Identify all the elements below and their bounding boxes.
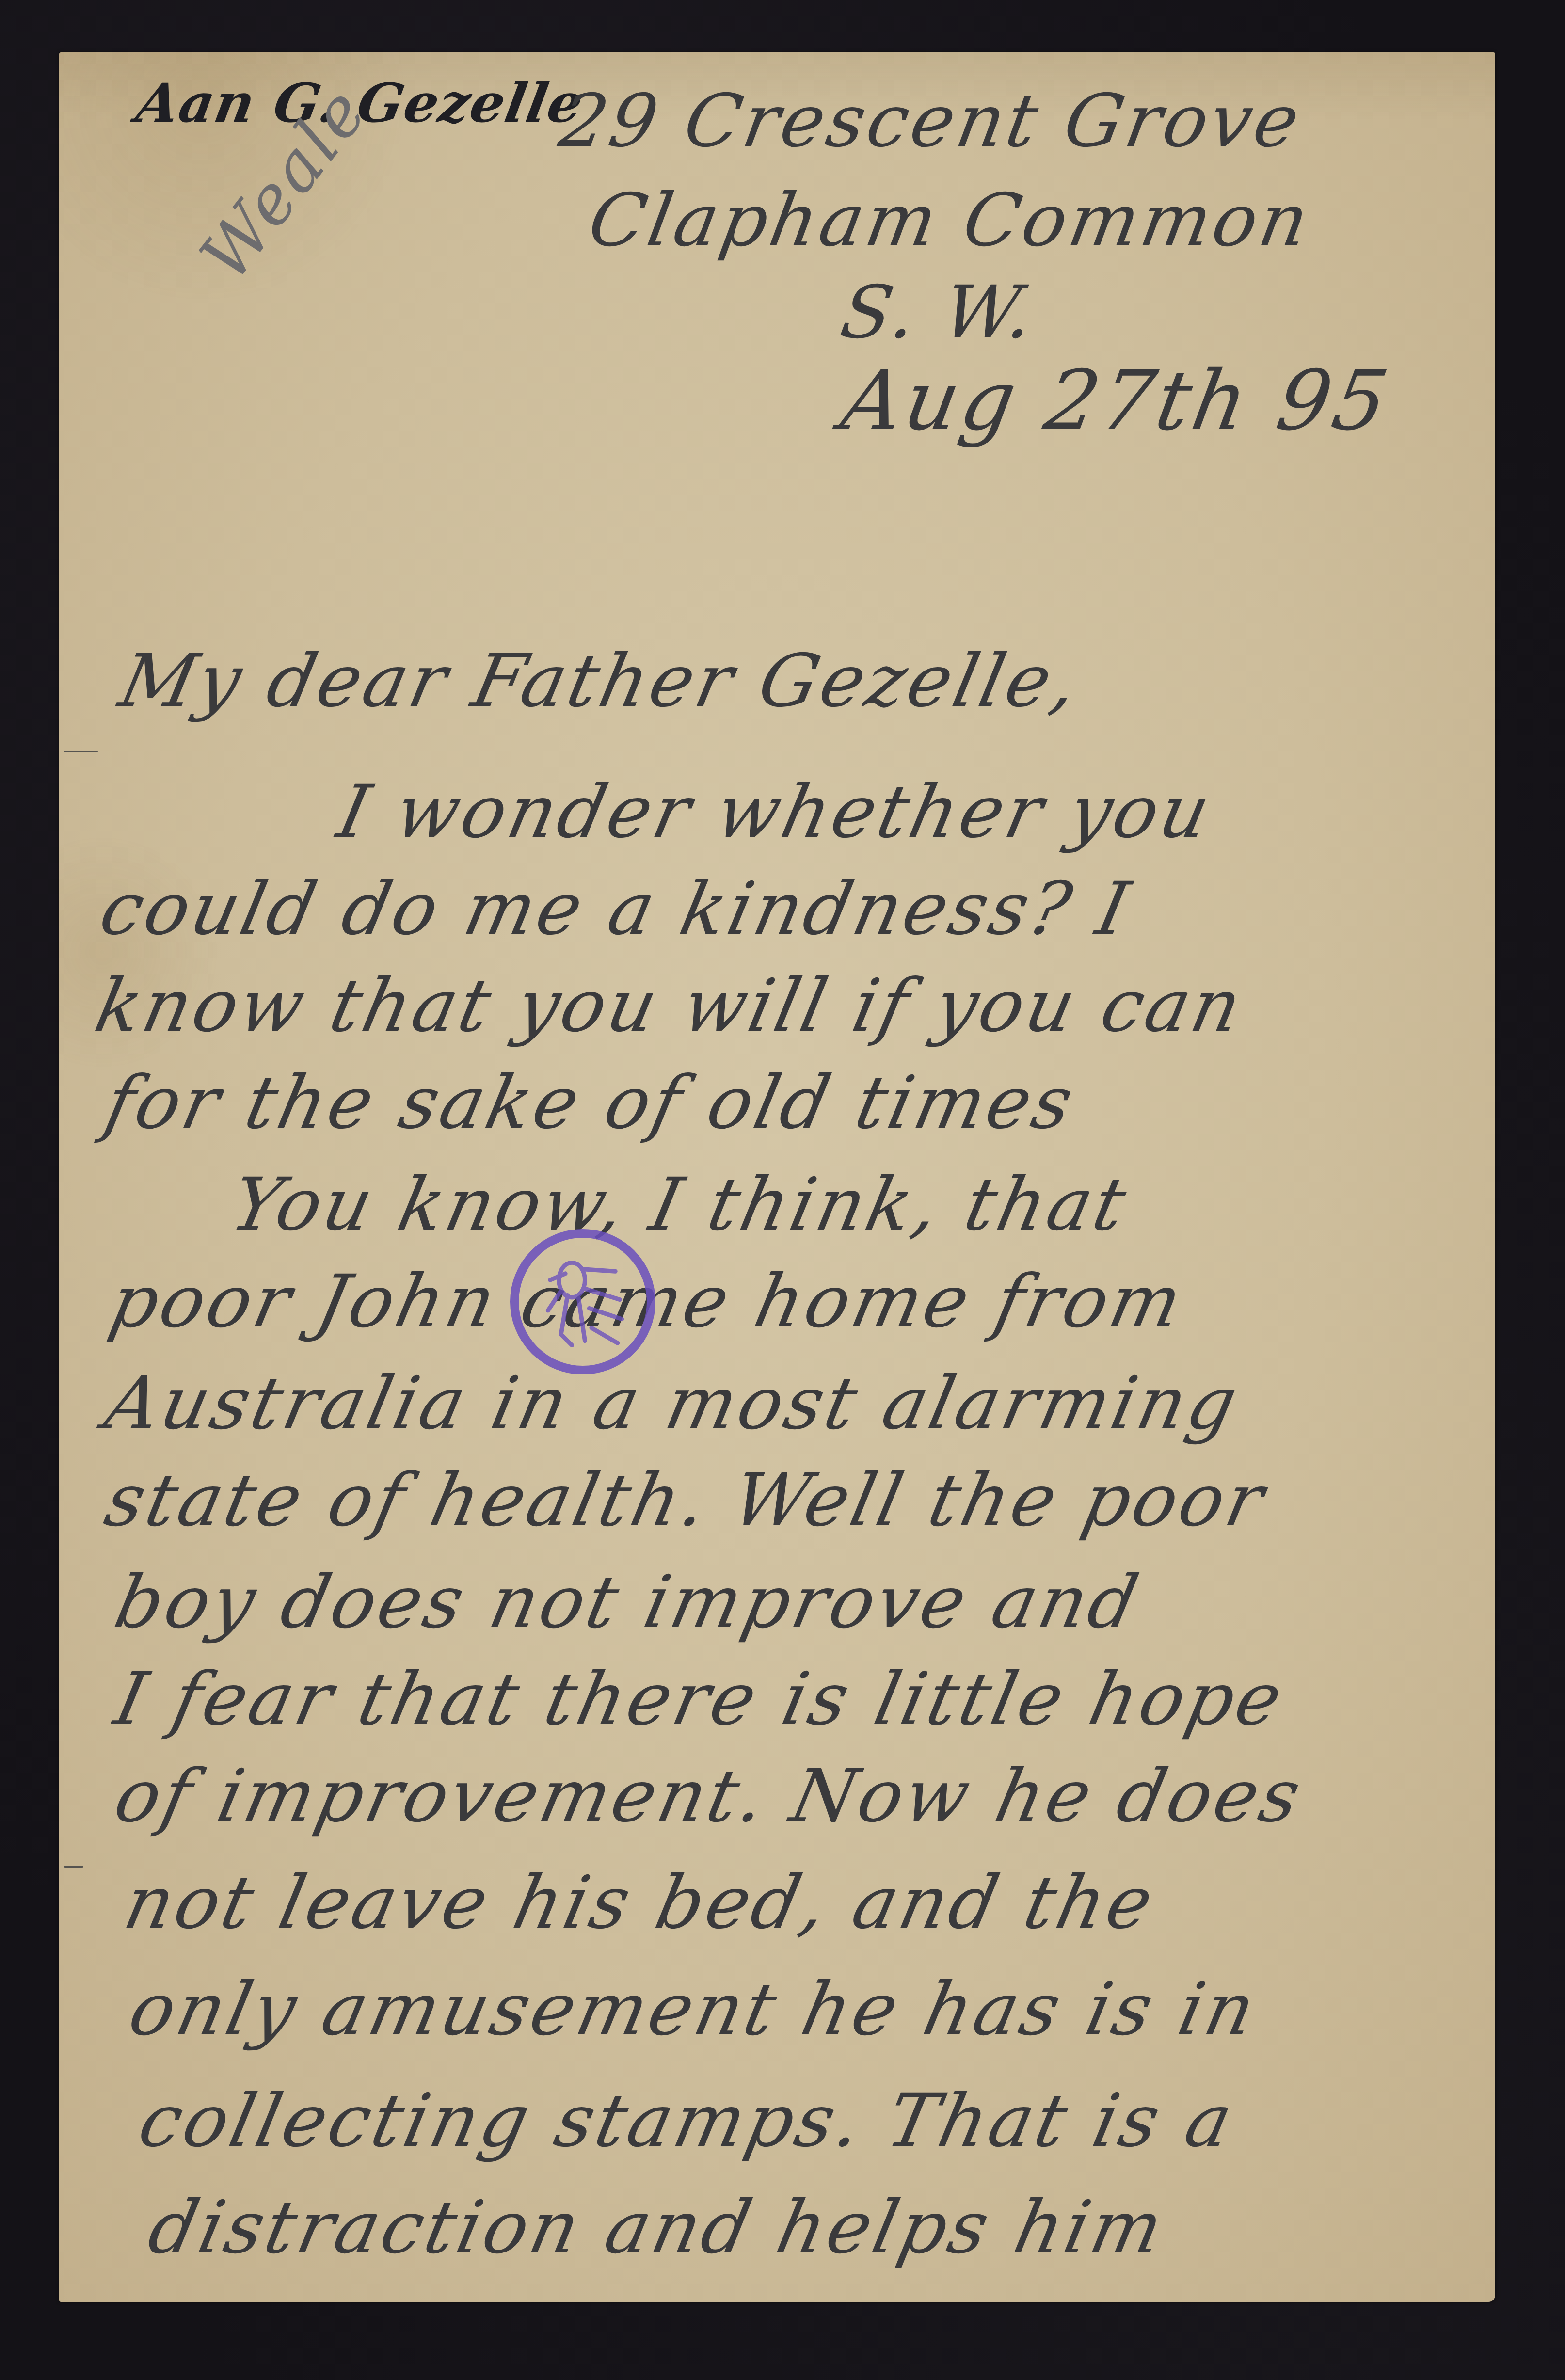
body-line: Australia in a most alarming bbox=[98, 1361, 1247, 1446]
body-line: collecting stamps. That is a bbox=[132, 2079, 1242, 2163]
margin-mark bbox=[64, 1866, 83, 1868]
body-line: I wonder whether you bbox=[331, 770, 1220, 854]
letter-date: Aug 27th 95 bbox=[835, 353, 1398, 449]
letter-page: Aan G. Gezelle Weale 29 Crescent Grove C… bbox=[59, 52, 1495, 2302]
body-line: for the sake of old times bbox=[98, 1061, 1083, 1145]
address-line-1: 29 Crescent Grove bbox=[554, 79, 1308, 163]
body-line: state of health. Well the poor bbox=[98, 1458, 1274, 1543]
address-line-3: S. W. bbox=[835, 271, 1043, 355]
margin-mark bbox=[64, 751, 98, 752]
address-line-2: Clapham Common bbox=[583, 178, 1317, 263]
body-line: know that you will if you can bbox=[88, 964, 1251, 1048]
library-stamp bbox=[510, 1229, 655, 1374]
bee-emblem-icon bbox=[528, 1247, 637, 1356]
body-line: could do me a kindness? I bbox=[93, 867, 1139, 951]
body-line: distraction and helps him bbox=[142, 2186, 1173, 2270]
body-line: boy does not improve and bbox=[108, 1560, 1148, 1645]
body-line: of improvement. Now he does bbox=[108, 1754, 1310, 1838]
body-line: not leave his bed, and the bbox=[117, 1861, 1163, 1945]
body-line: You know, I think, that bbox=[224, 1163, 1136, 1247]
salutation: My dear Father Gezelle, bbox=[112, 639, 1088, 723]
body-line: I fear that there is little hope bbox=[108, 1657, 1292, 1741]
body-line: only amusement he has is in bbox=[122, 1967, 1265, 2052]
